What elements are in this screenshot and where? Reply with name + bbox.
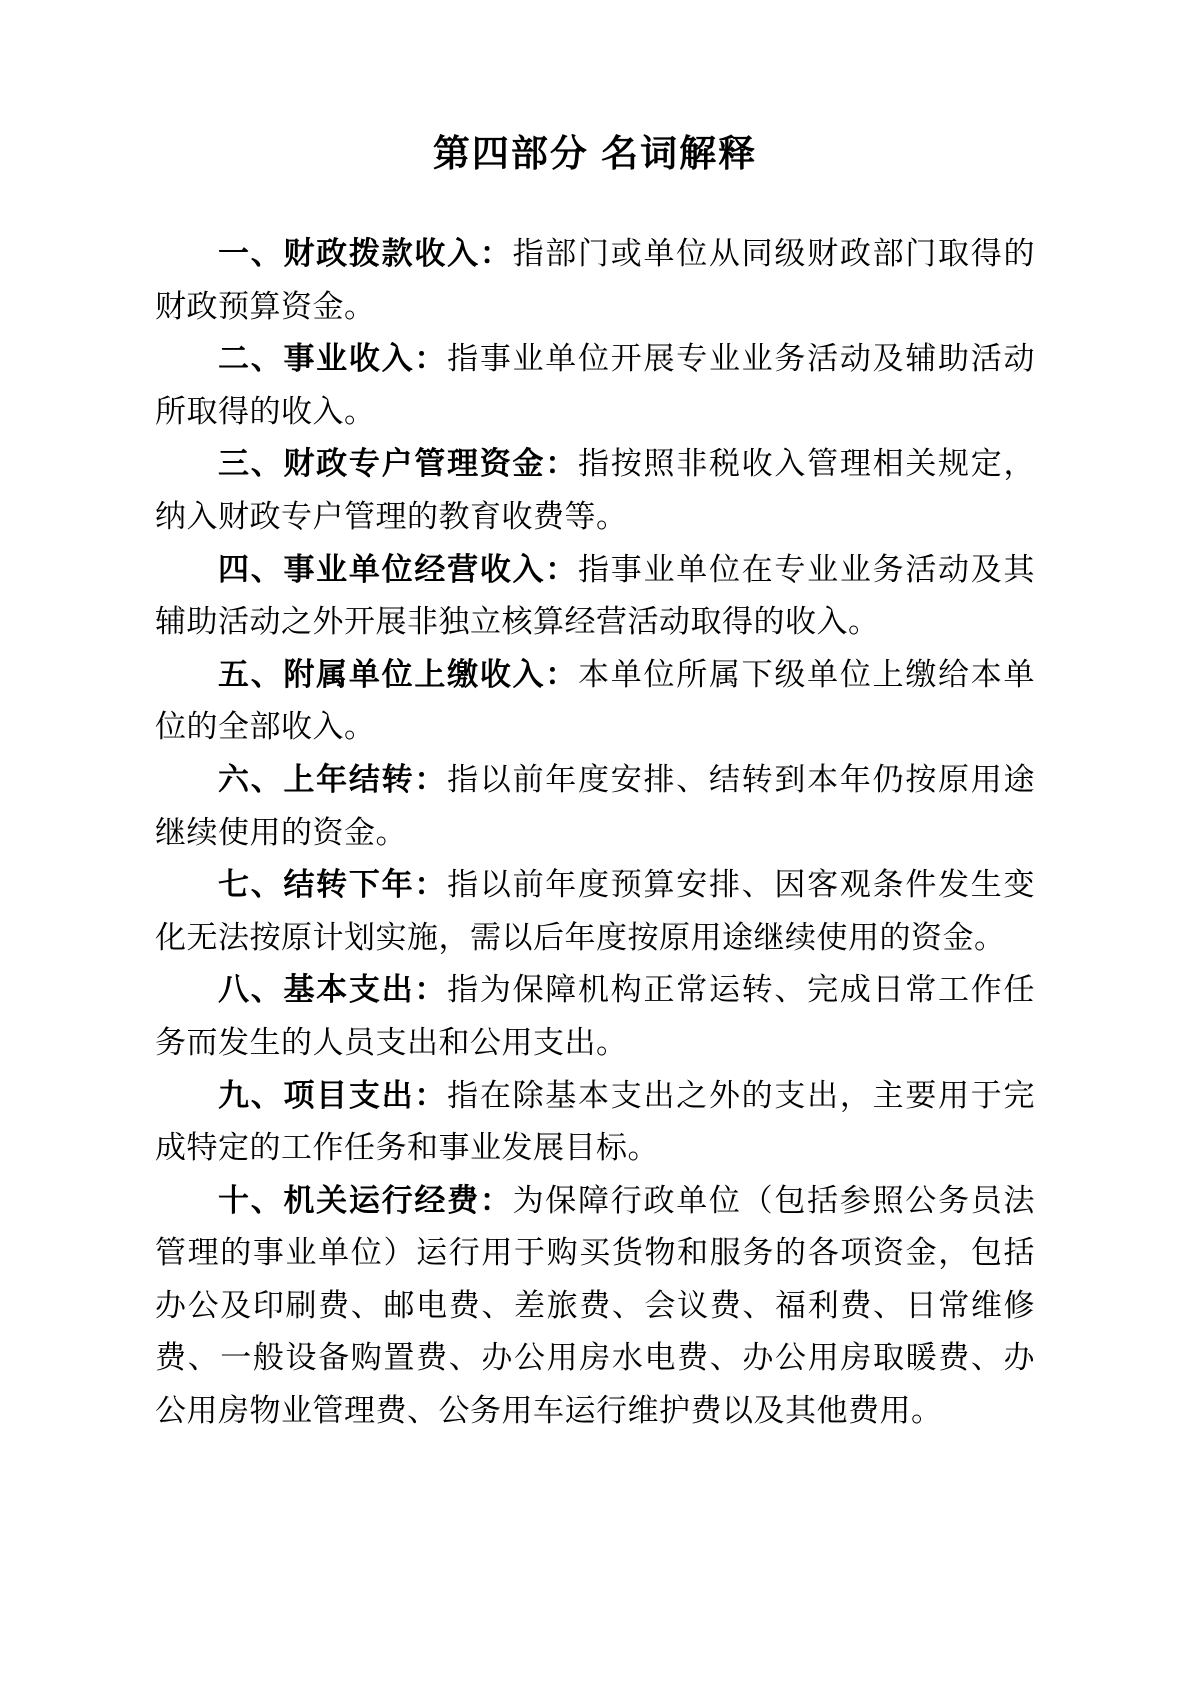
term-label-6: 六、上年结转： xyxy=(218,762,447,797)
term-paragraph-10: 十、机关运行经费：为保障行政单位（包括参照公务员法管理的事业单位）运行用于购买货… xyxy=(155,1175,1035,1438)
term-label-10: 十、机关运行经费： xyxy=(218,1183,513,1218)
term-label-4: 四、事业单位经营收入： xyxy=(218,552,578,587)
document-page: 第四部分 名词解释 一、财政拨款收入：指部门或单位从同级财政部门取得的财政预算资… xyxy=(0,0,1190,1684)
term-paragraph-4: 四、事业单位经营收入：指事业单位在专业业务活动及其辅助活动之外开展非独立核算经营… xyxy=(155,544,1035,649)
term-paragraph-1: 一、财政拨款收入：指部门或单位从同级财政部门取得的财政预算资金。 xyxy=(155,228,1035,333)
term-paragraph-7: 七、结转下年：指以前年度预算安排、因客观条件发生变化无法按原计划实施，需以后年度… xyxy=(155,859,1035,964)
term-paragraph-6: 六、上年结转：指以前年度安排、结转到本年仍按原用途继续使用的资金。 xyxy=(155,754,1035,859)
term-label-1: 一、财政拨款收入： xyxy=(218,236,513,271)
term-label-2: 二、事业收入： xyxy=(218,341,447,376)
term-label-3: 三、财政专户管理资金： xyxy=(218,446,578,481)
term-paragraph-9: 九、项目支出：指在除基本支出之外的支出，主要用于完成特定的工作任务和事业发展目标… xyxy=(155,1070,1035,1175)
page-title: 第四部分 名词解释 xyxy=(155,132,1035,176)
term-label-7: 七、结转下年： xyxy=(218,867,447,902)
term-paragraph-8: 八、基本支出：指为保障机构正常运转、完成日常工作任务而发生的人员支出和公用支出。 xyxy=(155,964,1035,1069)
term-paragraph-2: 二、事业收入：指事业单位开展专业业务活动及辅助活动所取得的收入。 xyxy=(155,333,1035,438)
term-paragraph-5: 五、附属单位上缴收入：本单位所属下级单位上缴给本单位的全部收入。 xyxy=(155,649,1035,754)
term-definition-10: 为保障行政单位（包括参照公务员法管理的事业单位）运行用于购买货物和服务的各项资金… xyxy=(155,1183,1035,1428)
term-paragraph-3: 三、财政专户管理资金：指按照非税收入管理相关规定，纳入财政专户管理的教育收费等。 xyxy=(155,438,1035,543)
term-label-9: 九、项目支出： xyxy=(218,1078,447,1113)
term-label-8: 八、基本支出： xyxy=(218,972,447,1007)
term-label-5: 五、附属单位上缴收入： xyxy=(218,657,578,692)
